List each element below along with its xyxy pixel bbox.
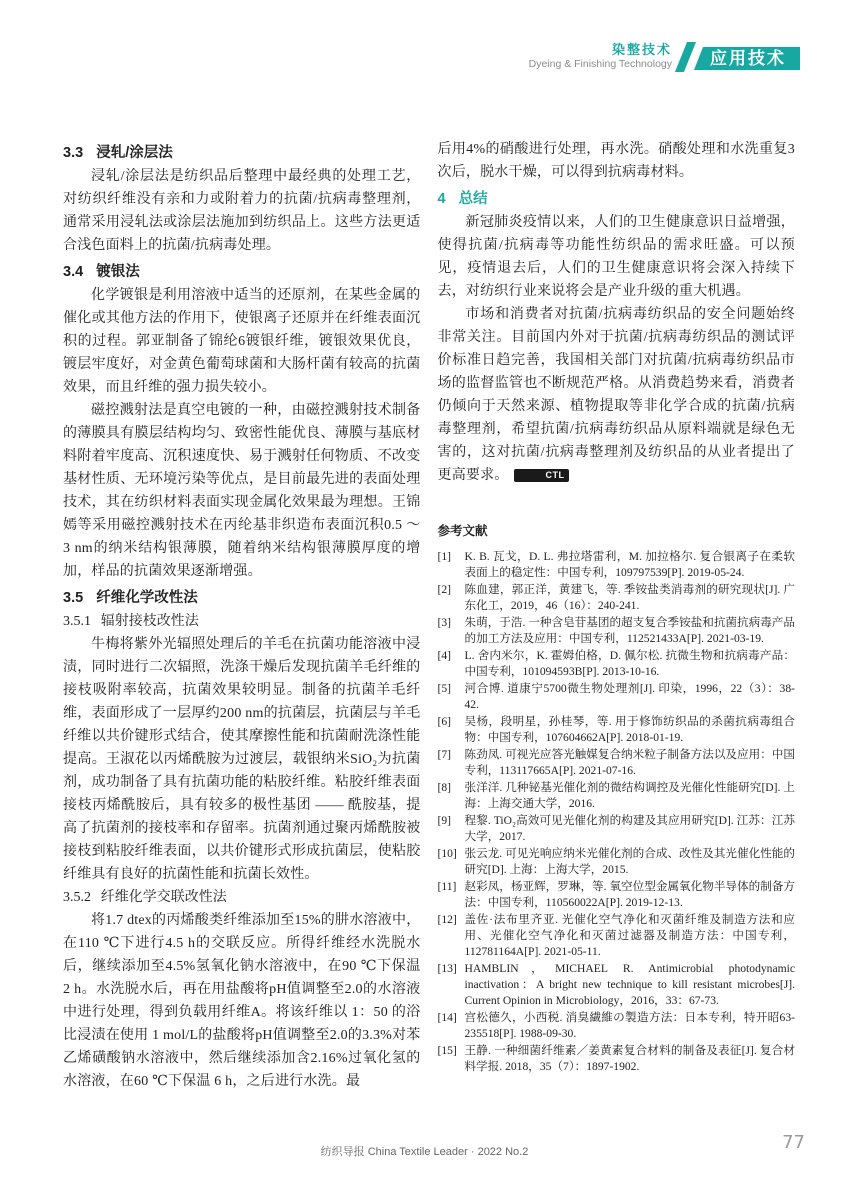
reference-text: 盖佐·法布里齐亚. 光催化空气净化和灭菌纤维及制造方法和应用、光催化空气净化和灭… — [465, 912, 796, 960]
section-title: 总结 — [459, 191, 488, 207]
reference-item: [13]HAMBLIN，MICHAEL R. Antimicrobial pho… — [438, 961, 796, 1009]
reference-number: [7] — [438, 747, 465, 779]
section-number: 3.3 — [63, 145, 83, 161]
references-heading: 参考文献 — [438, 521, 796, 539]
reference-text: 朱萌，于浩. 一种含皂苷基团的超支复合季铵盐和抗菌抗病毒产品的加工方法及应用：中… — [465, 615, 796, 647]
reference-number: [2] — [438, 582, 465, 614]
reference-item: [2]陈血建，郭正洋，黄建飞，等. 季铵盐类消毒剂的研究现状[J]. 广东化工，… — [438, 582, 796, 614]
reference-item: [1]K. B. 瓦戈，D. L. 弗拉塔雷利，M. 加拉格尔. 复合银离子在柔… — [438, 549, 796, 581]
reference-item: [8]张洋洋. 几种铋基光催化剂的微结构调控及光催化性能研究[D]. 上海：上海… — [438, 780, 796, 812]
header-section-labels: 染整技术 Dyeing & Finishing Technology — [529, 43, 672, 72]
reference-number: [4] — [438, 648, 465, 680]
reference-item: [4]L. 舍内米尔，K. 霍姆伯格，D. 佩尔松. 抗微生物和抗病毒产品：中国… — [438, 648, 796, 680]
reference-number: [13] — [438, 961, 465, 1009]
reference-item: [15]王静. 一种细菌纤维素／姜黄素复合材料的制备及表征[J]. 复合材料学报… — [438, 1043, 796, 1075]
header-banner: 应用技术 — [694, 47, 800, 70]
reference-item: [3]朱萌，于浩. 一种含皂苷基团的超支复合季铵盐和抗菌抗病毒产品的加工方法及应… — [438, 615, 796, 647]
paragraph-right-3: 市场和消费者对抗菌/抗病毒纺织品的安全问题始终非常关注。目前国内外对于抗菌/抗病… — [438, 303, 796, 487]
journal-footer-text: 纺织导报 China Textile Leader · 2022 No.2 — [0, 1143, 849, 1159]
ctl-badge: CTL — [514, 469, 569, 482]
reference-text: 赵彩凤，杨亚辉，罗琳，等. 氧空位型金属氧化物半导体的制备方法：中国专利，110… — [465, 879, 796, 911]
section-heading-3-5: 3.5纤维化学改性法 — [63, 587, 421, 610]
reference-text: 宫松德久，小西税. 消臭繊維の製造方法：日本专利，特开昭63-235518[P]… — [465, 1010, 796, 1042]
paragraph-left-3: 化学镀银是利用溶液中适当的还原剂，在某些金属的催化或其他方法的作用下，使银离子还… — [63, 284, 421, 399]
left-column: 3.3浸轧/涂层法浸轧/涂层法是纺织品后整理中最经典的处理工艺，对纺织纤维没有亲… — [63, 138, 421, 1093]
section-heading-3-5-2: 3.5.2纤维化学交联改性法 — [63, 886, 421, 909]
section-heading-4: 4总结 — [438, 188, 796, 211]
section-title: 辐射接枝改性法 — [101, 614, 199, 629]
article-body: 3.3浸轧/涂层法浸轧/涂层法是纺织品后整理中最经典的处理工艺，对纺织纤维没有亲… — [63, 138, 795, 1093]
reference-text: 张云龙. 可见光响应纳米光催化剂的合成、改性及其光催化性能的研究[D]. 上海：… — [465, 846, 796, 878]
paragraph-right-2: 新冠肺炎疫情以来，人们的卫生健康意识日益增强，使得抗菌/抗病毒等功能性纺织品的需… — [438, 211, 796, 303]
section-number: 3.5.2 — [63, 890, 91, 905]
section-heading-3-3: 3.3浸轧/涂层法 — [63, 142, 421, 165]
section-number: 3.5 — [63, 590, 83, 606]
section-title: 浸轧/涂层法 — [96, 145, 173, 161]
reference-number: [8] — [438, 780, 465, 812]
section-heading-3-5-1: 3.5.1辐射接枝改性法 — [63, 610, 421, 633]
section-number: 3.4 — [63, 264, 83, 280]
reference-item: [7]陈劲凤. 可视光应答光触媒复合纳米粒子制备方法以及应用：中国专利，1131… — [438, 747, 796, 779]
paragraph-right-0: 后用4%的硝酸进行处理，再水洗。硝酸处理和水洗重复3 次后，脱水干燥，可以得到抗… — [438, 138, 796, 184]
paragraph-left-7: 牛梅将紫外光辐照处理后的羊毛在抗菌功能溶液中浸渍，同时进行二次辐照，洗涤干燥后发… — [63, 633, 421, 886]
reference-number: [3] — [438, 615, 465, 647]
reference-number: [15] — [438, 1043, 465, 1075]
page-header: 染整技术 Dyeing & Finishing Technology 应用技术 — [529, 42, 800, 72]
reference-text: 程黎. TiO₂高效可见光催化剂的构建及其应用研究[D]. 江苏：江苏大学，20… — [465, 813, 796, 845]
section-number: 4 — [438, 191, 446, 207]
reference-item: [6]吴杨，段明星，孙桂琴，等. 用于修饰纺织品的杀菌抗病毒组合物：中国专利，1… — [438, 714, 796, 746]
reference-item: [5]河合博. 道康宁5700微生物处理剂[J]. 印染，1996，22（3）：… — [438, 681, 796, 713]
reference-text: HAMBLIN，MICHAEL R. Antimicrobial photody… — [465, 961, 796, 1009]
section-heading-3-4: 3.4镀银法 — [63, 261, 421, 284]
reference-text: 陈血建，郭正洋，黄建飞，等. 季铵盐类消毒剂的研究现状[J]. 广东化工，201… — [465, 582, 796, 614]
reference-text: K. B. 瓦戈，D. L. 弗拉塔雷利，M. 加拉格尔. 复合银离子在柔软表面… — [465, 549, 796, 581]
section-number: 3.5.1 — [63, 614, 91, 629]
reference-text: 河合博. 道康宁5700微生物处理剂[J]. 印染，1996，22（3）：38-… — [465, 681, 796, 713]
reference-number: [10] — [438, 846, 465, 878]
reference-text: 吴杨，段明星，孙桂琴，等. 用于修饰纺织品的杀菌抗病毒组合物：中国专利，1076… — [465, 714, 796, 746]
reference-item: [11]赵彩凤，杨亚辉，罗琳，等. 氧空位型金属氧化物半导体的制备方法：中国专利… — [438, 879, 796, 911]
reference-item: [9]程黎. TiO₂高效可见光催化剂的构建及其应用研究[D]. 江苏：江苏大学… — [438, 813, 796, 845]
reference-item: [14]宫松德久，小西税. 消臭繊維の製造方法：日本专利，特开昭63-23551… — [438, 1010, 796, 1042]
right-column: 后用4%的硝酸进行处理，再水洗。硝酸处理和水洗重复3 次后，脱水干燥，可以得到抗… — [438, 138, 796, 1093]
reference-number: [12] — [438, 912, 465, 960]
reference-number: [6] — [438, 714, 465, 746]
reference-text: 王静. 一种细菌纤维素／姜黄素复合材料的制备及表征[J]. 复合材料学报. 20… — [465, 1043, 796, 1075]
section-label-en: Dyeing & Finishing Technology — [529, 58, 672, 71]
reference-number: [11] — [438, 879, 465, 911]
page-number: 77 — [782, 1132, 805, 1153]
section-title: 纤维化学改性法 — [96, 590, 198, 606]
reference-text: L. 舍内米尔，K. 霍姆伯格，D. 佩尔松. 抗微生物和抗病毒产品：中国专利，… — [465, 648, 796, 680]
reference-list: [1]K. B. 瓦戈，D. L. 弗拉塔雷利，M. 加拉格尔. 复合银离子在柔… — [438, 549, 796, 1075]
section-title: 镀银法 — [96, 264, 140, 280]
reference-number: [14] — [438, 1010, 465, 1042]
reference-number: [9] — [438, 813, 465, 845]
section-title: 纤维化学交联改性法 — [101, 890, 227, 905]
reference-text: 陈劲凤. 可视光应答光触媒复合纳米粒子制备方法以及应用：中国专利，1131176… — [465, 747, 796, 779]
slash-icon — [675, 42, 696, 72]
journal-page: 染整技术 Dyeing & Finishing Technology 应用技术 … — [0, 0, 849, 1200]
reference-number: [5] — [438, 681, 465, 713]
paragraph-left-9: 将1.7 dtex的丙烯酸类纤维添加至15%的肼水溶液中，在110 ℃下进行4.… — [63, 909, 421, 1093]
reference-number: [1] — [438, 549, 465, 581]
paragraph-left-4: 磁控溅射法是真空电镀的一种，由磁控溅射技术制备的薄膜具有膜层结构均匀、致密性能优… — [63, 399, 421, 583]
section-label-cn: 染整技术 — [529, 43, 672, 57]
reference-item: [10]张云龙. 可见光响应纳米光催化剂的合成、改性及其光催化性能的研究[D].… — [438, 846, 796, 878]
reference-item: [12]盖佐·法布里齐亚. 光催化空气净化和灭菌纤维及制造方法和应用、光催化空气… — [438, 912, 796, 960]
paragraph-left-1: 浸轧/涂层法是纺织品后整理中最经典的处理工艺，对纺织纤维没有亲和力或附着力的抗菌… — [63, 165, 421, 257]
reference-text: 张洋洋. 几种铋基光催化剂的微结构调控及光催化性能研究[D]. 上海：上海交通大… — [465, 780, 796, 812]
